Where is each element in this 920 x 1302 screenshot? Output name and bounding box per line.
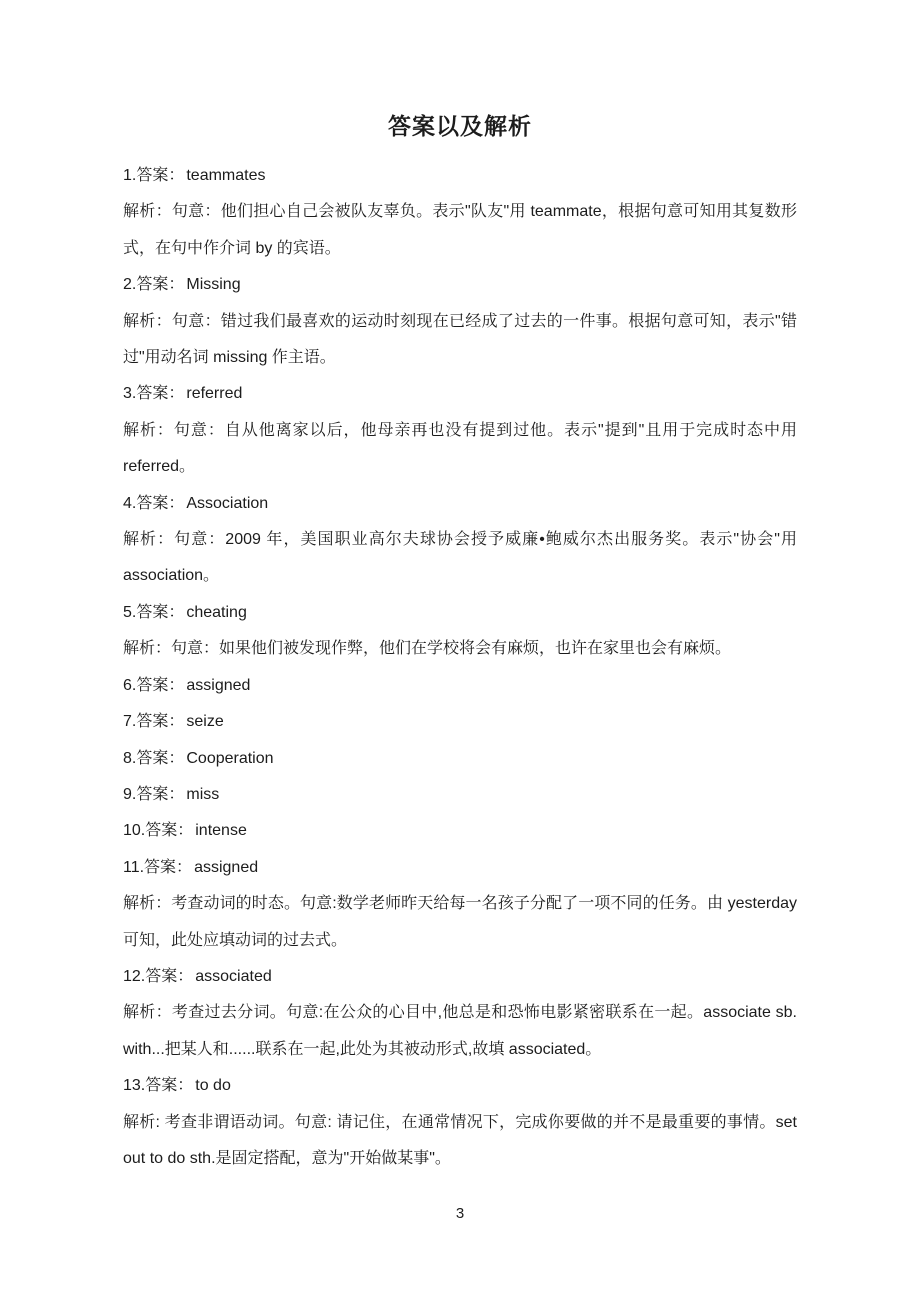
answer-line-11: 11.答案：assigned [123,850,797,886]
answer-value-6: assigned [184,677,250,694]
answers-section: 1.答案：teammates 解析：句意：他们担心自己会被队友辜负。表示"队友"… [123,158,797,1177]
answer-label-8: 8.答案： [123,750,184,767]
page-number: 3 [0,1196,920,1232]
answer-value-12: associated [193,968,272,985]
explanation-4: 解析：句意：2009 年，美国职业高尔夫球协会授予威廉•鲍威尔杰出服务奖。表示"… [123,522,797,595]
answer-label-3: 3.答案： [123,385,184,402]
explanation-13: 解析: 考查非谓语动词。句意: 请记住，在通常情况下，完成你要做的并不是最重要的… [123,1105,797,1178]
answer-line-2: 2.答案：Missing [123,267,797,303]
explanation-12: 解析：考查过去分词。句意:在公众的心目中,他总是和恐怖电影紧密联系在一起。ass… [123,995,797,1068]
answer-line-7: 7.答案：seize [123,704,797,740]
answer-label-4: 4.答案： [123,495,184,512]
answer-label-6: 6.答案： [123,677,184,694]
answer-line-12: 12.答案：associated [123,959,797,995]
answer-value-4: Association [184,495,268,512]
answer-label-7: 7.答案： [123,713,184,730]
answer-label-9: 9.答案： [123,786,184,803]
answer-line-3: 3.答案：referred [123,376,797,412]
answer-label-13: 13.答案： [123,1077,193,1094]
answer-line-4: 4.答案：Association [123,486,797,522]
answer-label-2: 2.答案： [123,276,184,293]
answer-value-7: seize [184,713,223,730]
answer-line-9: 9.答案：miss [123,777,797,813]
answer-line-8: 8.答案：Cooperation [123,741,797,777]
answer-value-3: referred [184,385,242,402]
explanation-11: 解析：考查动词的时态。句意:数学老师昨天给每一名孩子分配了一项不同的任务。由 y… [123,886,797,959]
answer-line-10: 10.答案：intense [123,813,797,849]
answer-label-5: 5.答案： [123,604,184,621]
explanation-3: 解析：句意：自从他离家以后，他母亲再也没有提到过他。表示"提到"且用于完成时态中… [123,413,797,486]
answer-value-1: teammates [184,167,265,184]
answer-value-8: Cooperation [184,750,273,767]
answer-value-9: miss [184,786,219,803]
answer-value-5: cheating [184,604,247,621]
explanation-1: 解析：句意：他们担心自己会被队友辜负。表示"队友"用 teammate，根据句意… [123,194,797,267]
answer-value-2: Missing [184,276,240,293]
answer-line-6: 6.答案：assigned [123,668,797,704]
answer-value-11: assigned [192,859,258,876]
answer-label-1: 1.答案： [123,167,184,184]
answer-value-10: intense [193,822,247,839]
answer-label-10: 10.答案： [123,822,193,839]
answer-label-12: 12.答案： [123,968,193,985]
answer-line-5: 5.答案：cheating [123,595,797,631]
answer-line-13: 13.答案：to do [123,1068,797,1104]
explanation-2: 解析：句意：错过我们最喜欢的运动时刻现在已经成了过去的一件事。根据句意可知，表示… [123,304,797,377]
answer-value-13: to do [193,1077,231,1094]
explanation-5: 解析：句意：如果他们被发现作弊，他们在学校将会有麻烦，也许在家里也会有麻烦。 [123,631,797,667]
document-title: 答案以及解析 [0,108,920,144]
answer-label-11: 11.答案： [123,859,192,876]
answer-line-1: 1.答案：teammates [123,158,797,194]
